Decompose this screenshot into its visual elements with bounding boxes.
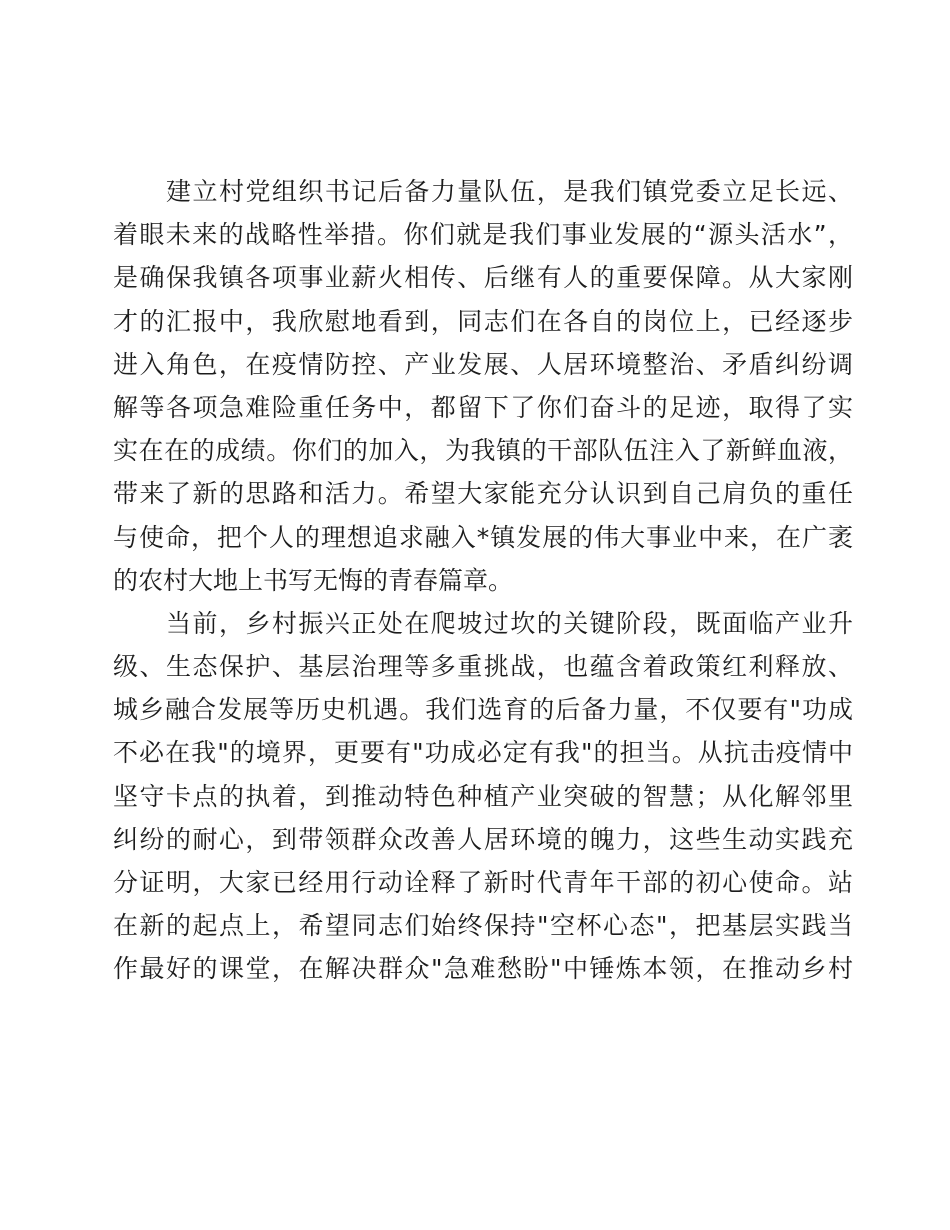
document-page: 建立村党组织书记后备力量队伍，是我们镇党委立足长远、着眼未来的战略性举措。你们就… <box>0 0 950 1230</box>
text-line: 着眼未来的战略性举措。你们就是我们事业发展的“源头活水”， <box>113 213 853 256</box>
text-line: 带来了新的思路和活力。希望大家能充分认识到自己肩负的重任 <box>113 472 853 515</box>
text-line: 不必在我"的境界，更要有"功成必定有我"的担当。从抗击疫情中 <box>113 731 853 774</box>
document-body: 建立村党组织书记后备力量队伍，是我们镇党委立足长远、着眼未来的战略性举措。你们就… <box>113 170 853 991</box>
text-line: 在新的起点上，希望同志们始终保持"空杯心态"，把基层实践当 <box>113 904 853 947</box>
text-line: 级、生态保护、基层治理等多重挑战，也蕴含着政策红利释放、 <box>113 645 853 688</box>
text-line: 进入角色，在疫情防控、产业发展、人居环境整治、矛盾纠纷调 <box>113 343 853 386</box>
text-line: 与使命，把个人的理想追求融入*镇发展的伟大事业中来，在广袤 <box>113 516 853 559</box>
text-line: 城乡融合发展等历史机遇。我们选育的后备力量，不仅要有"功成 <box>113 688 853 731</box>
text-line: 解等各项急难险重任务中，都留下了你们奋斗的足迹，取得了实 <box>113 386 853 429</box>
text-line: 分证明，大家已经用行动诠释了新时代青年干部的初心使命。站 <box>113 861 853 904</box>
text-line: 作最好的课堂，在解决群众"急难愁盼"中锤炼本领，在推动乡村 <box>113 947 853 990</box>
paragraph: 建立村党组织书记后备力量队伍，是我们镇党委立足长远、着眼未来的战略性举措。你们就… <box>113 170 853 602</box>
text-line: 建立村党组织书记后备力量队伍，是我们镇党委立足长远、 <box>113 170 853 213</box>
text-line: 当前，乡村振兴正处在爬坡过坎的关键阶段，既面临产业升 <box>113 602 853 645</box>
text-line: 坚守卡点的执着，到推动特色种植产业突破的智慧；从化解邻里 <box>113 775 853 818</box>
text-line: 的农村大地上书写无悔的青春篇章。 <box>113 559 853 602</box>
text-line: 是确保我镇各项事业薪火相传、后继有人的重要保障。从大家刚 <box>113 256 853 299</box>
text-line: 纠纷的耐心，到带领群众改善人居环境的魄力，这些生动实践充 <box>113 818 853 861</box>
text-line: 实在在的成绩。你们的加入，为我镇的干部队伍注入了新鲜血液， <box>113 429 853 472</box>
paragraph: 当前，乡村振兴正处在爬坡过坎的关键阶段，既面临产业升级、生态保护、基层治理等多重… <box>113 602 853 991</box>
text-line: 才的汇报中，我欣慰地看到，同志们在各自的岗位上，已经逐步 <box>113 300 853 343</box>
